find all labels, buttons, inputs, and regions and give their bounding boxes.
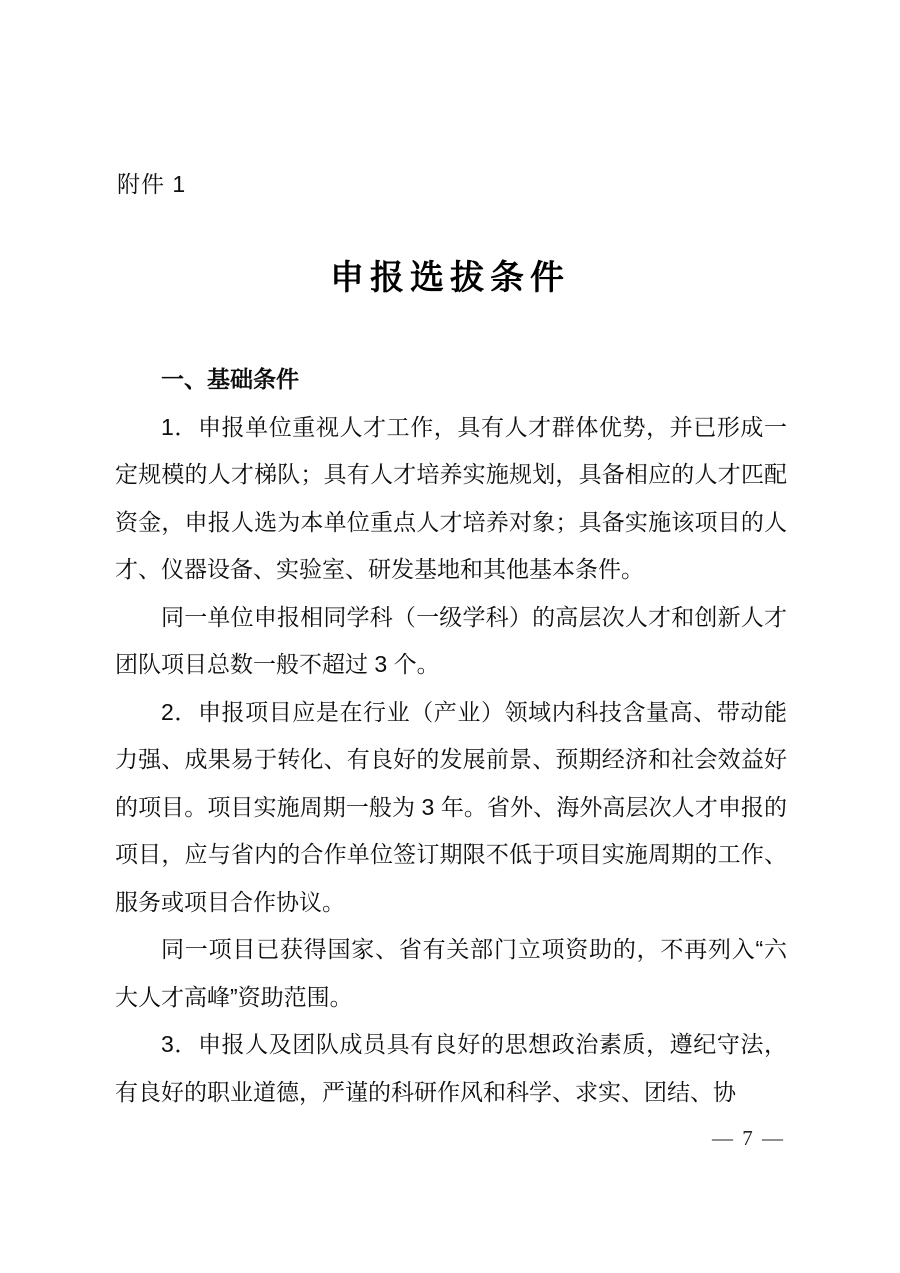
paragraph-5: 3．申报人及团队成员具有良好的思想政治素质，遵纪守法，有良好的职业道德，严谨的科… xyxy=(115,1021,787,1116)
document-title: 申报选拔条件 xyxy=(0,250,900,299)
section-heading: 一、基础条件 xyxy=(115,356,787,404)
paragraph-3: 2．申报项目应是在行业（产业）领域内科技含量高、带动能力强、成果易于转化、有良好… xyxy=(115,689,787,927)
paragraph-4: 同一项目已获得国家、省有关部门立项资助的，不再列入“六大人才高峰”资助范围。 xyxy=(115,926,787,1021)
paragraph-2: 同一单位申报相同学科（一级学科）的高层次人才和创新人才团队项目总数一般不超过 3… xyxy=(115,594,787,689)
page-number: — 7 — xyxy=(712,1126,785,1151)
attachment-label: 附件 1 xyxy=(117,166,186,199)
paragraph-1: 1．申报单位重视人才工作，具有人才群体优势，并已形成一定规模的人才梯队；具有人才… xyxy=(115,404,787,594)
document-body: 一、基础条件 1．申报单位重视人才工作，具有人才群体优势，并已形成一定规模的人才… xyxy=(115,356,787,1116)
document-page: 附件 1 申报选拔条件 一、基础条件 1．申报单位重视人才工作，具有人才群体优势… xyxy=(0,0,900,1273)
